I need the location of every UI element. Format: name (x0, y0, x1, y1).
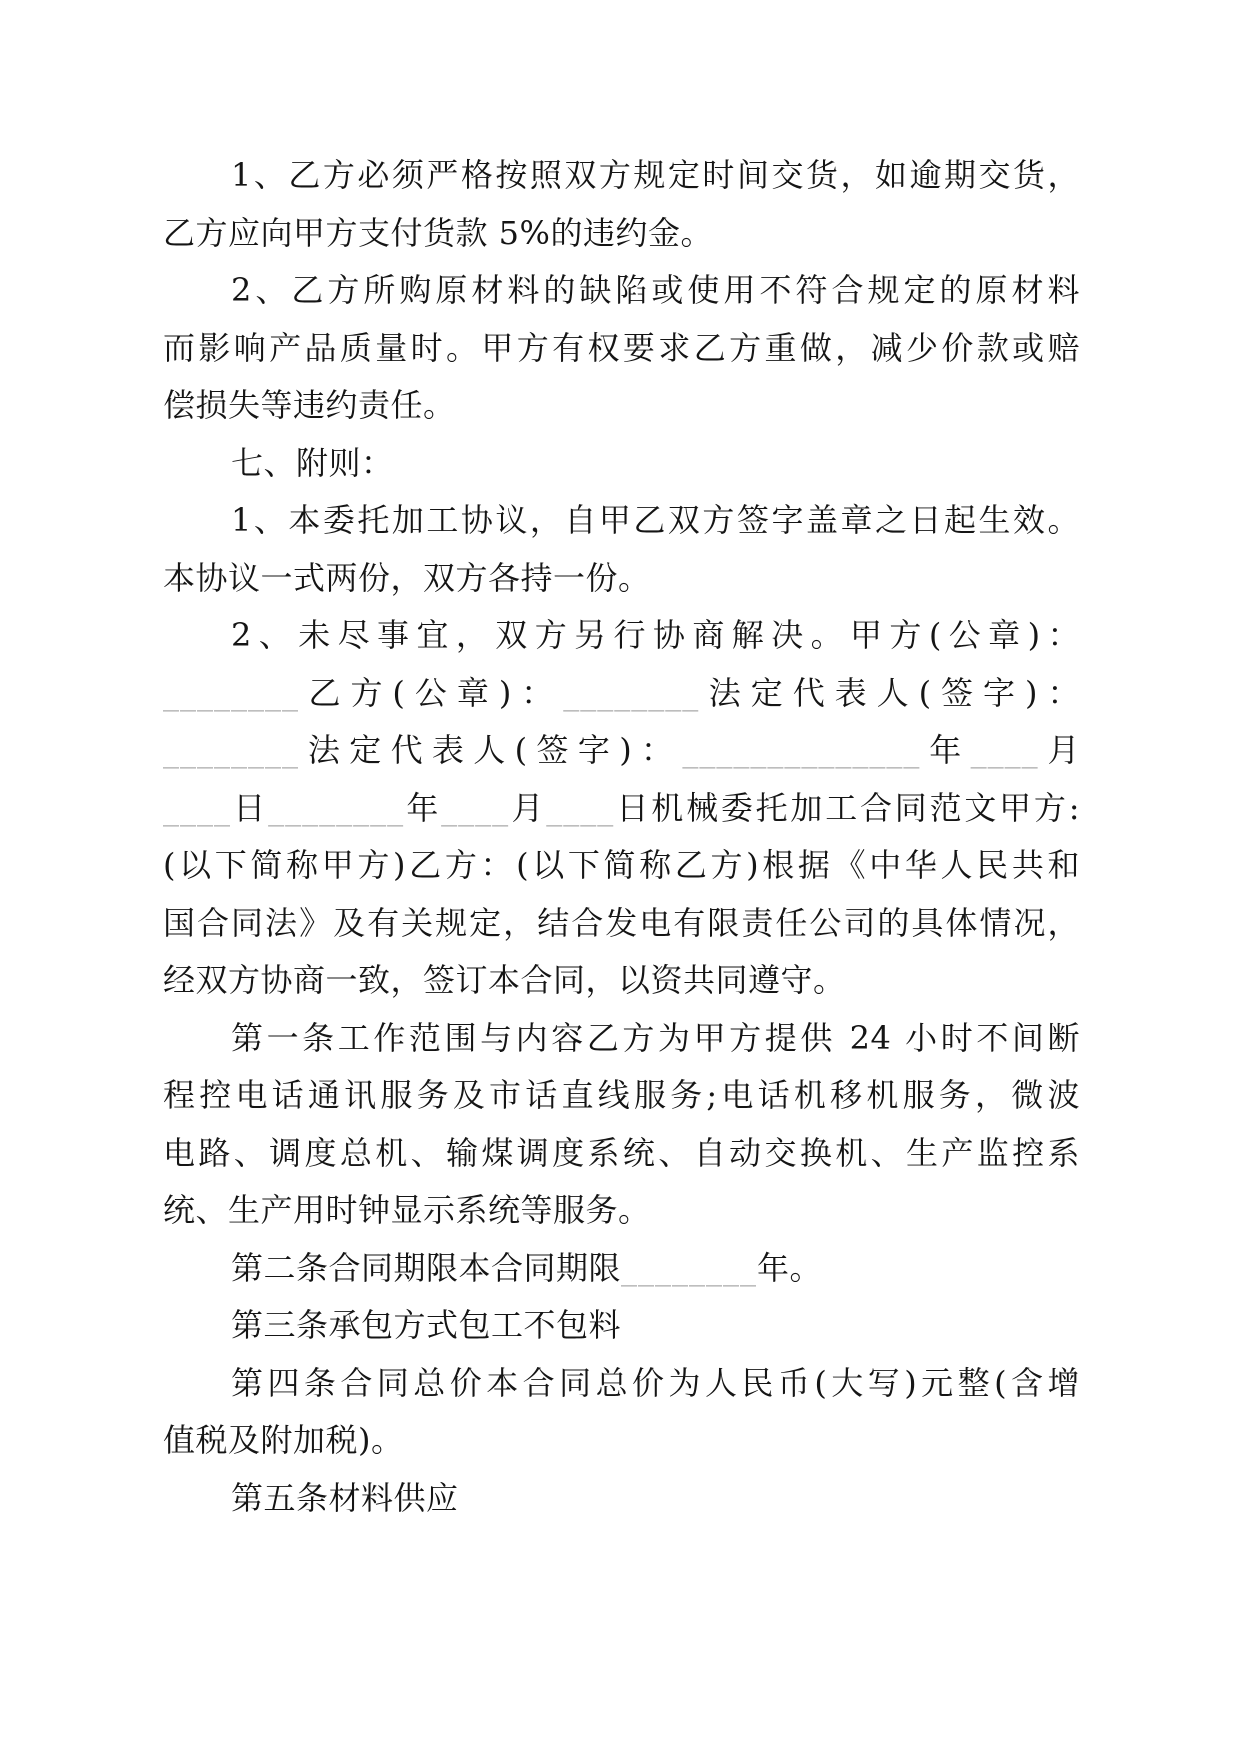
contract-line: 经双方协商一致，签订本合同，以资共同遵守。 (163, 952, 1080, 1010)
contract-line: ____日________年____月____日机械委托加工合同范文甲方: (163, 780, 1080, 838)
contract-line: 国合同法》及有关规定，结合发电有限责任公司的具体情况， (163, 895, 1080, 953)
contract-line: 第一条工作范围与内容乙方为甲方提供 24 小时不间断 (163, 1010, 1080, 1068)
contract-line: 第四条合同总价本合同总价为人民币(大写)元整(含增 (163, 1355, 1080, 1413)
blank-underscore: ____ (546, 789, 614, 827)
blank-underscore: ________ (268, 789, 404, 827)
blank-underscore: ______________ (682, 731, 920, 769)
contract-line: (以下简称甲方)乙方：(以下简称乙方)根据《中华人民共和 (163, 837, 1080, 895)
contract-line: 第三条承包方式包工不包料 (163, 1297, 1080, 1355)
blank-underscore: ________ (563, 674, 699, 712)
contract-line: 第五条材料供应 (163, 1470, 1080, 1528)
contract-line: 2、乙方所购原材料的缺陷或使用不符合规定的原材料 (163, 262, 1080, 320)
contract-line: 电路、调度总机、输煤调度系统、自动交换机、生产监控系 (163, 1125, 1080, 1183)
document-lines: 1、乙方必须严格按照双方规定时间交货，如逾期交货，乙方应向甲方支付货款 5%的违… (163, 147, 1080, 1527)
contract-line: 程控电话通讯服务及市话直线服务;电话机移机服务，微波 (163, 1067, 1080, 1125)
blank-underscore: ________ (163, 674, 299, 712)
contract-line: 1、本委托加工协议，自甲乙双方签字盖章之日起生效。 (163, 492, 1080, 550)
blank-underscore: ____ (971, 731, 1039, 769)
contract-line: 本协议一式两份，双方各持一份。 (163, 550, 1080, 608)
contract-line: 2、未尽事宜，双方另行协商解决。甲方(公章)： (163, 607, 1080, 665)
contract-line: ________法定代表人(签字)：______________年____月 (163, 722, 1080, 780)
contract-line: ________乙方(公章)：________法定代表人(签字)： (163, 665, 1080, 723)
document-page: 1、乙方必须严格按照双方规定时间交货，如逾期交货，乙方应向甲方支付货款 5%的违… (0, 0, 1241, 1754)
blank-underscore: ________ (621, 1249, 757, 1287)
contract-line: 统、生产用时钟显示系统等服务。 (163, 1182, 1080, 1240)
contract-line: 而影响产品质量时。甲方有权要求乙方重做，减少价款或赔 (163, 320, 1080, 378)
contract-line: 值税及附加税)。 (163, 1412, 1080, 1470)
blank-underscore: ____ (163, 789, 231, 827)
contract-line: 乙方应向甲方支付货款 5%的违约金。 (163, 205, 1080, 263)
blank-underscore: ________ (163, 731, 299, 769)
contract-line: 1、乙方必须严格按照双方规定时间交货，如逾期交货， (163, 147, 1080, 205)
blank-underscore: ____ (441, 789, 509, 827)
contract-line: 七、附则： (163, 435, 1080, 493)
contract-line: 第二条合同期限本合同期限________年。 (163, 1240, 1080, 1298)
contract-line: 偿损失等违约责任。 (163, 377, 1080, 435)
